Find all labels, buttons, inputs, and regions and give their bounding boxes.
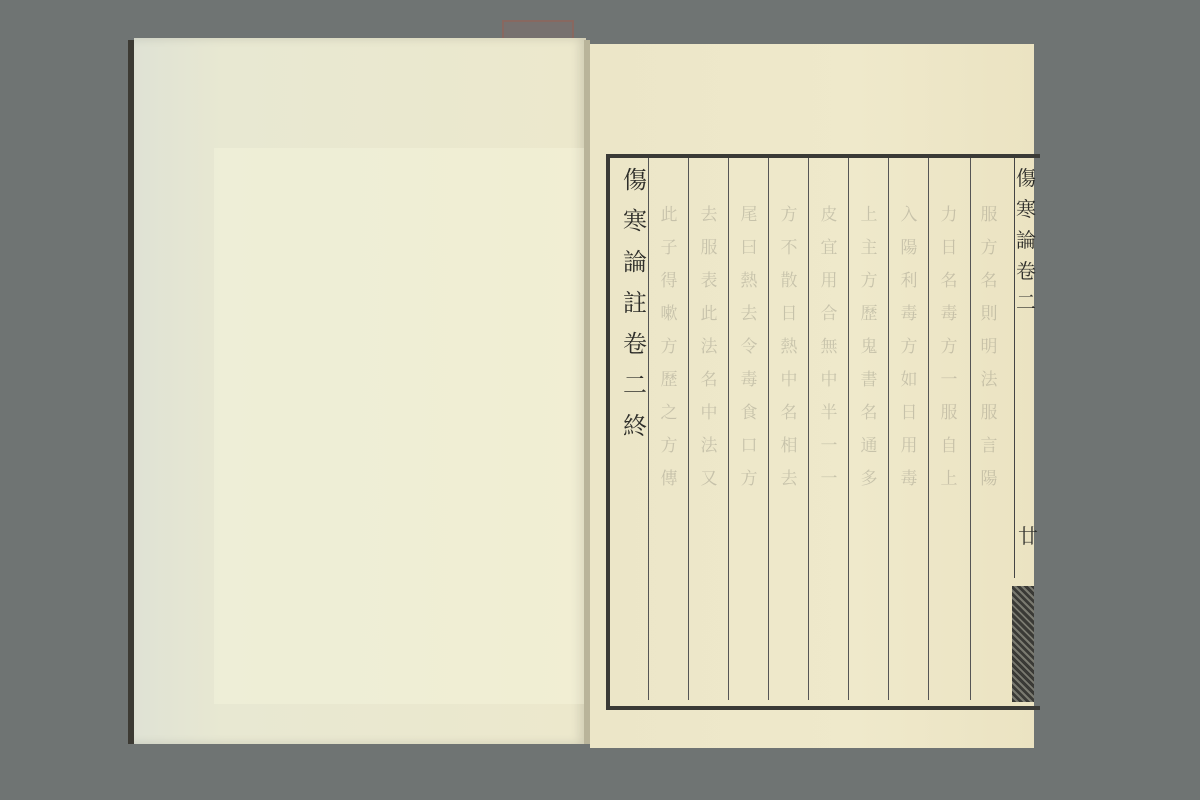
column-rule bbox=[728, 158, 729, 700]
column-rule bbox=[848, 158, 849, 700]
title-char: 註 bbox=[623, 283, 647, 318]
bleed-through-column: 上主方歷鬼書名通多 bbox=[854, 200, 884, 489]
margin-title: 傷 寒 論 卷 二 bbox=[1016, 162, 1036, 315]
bleed-through-column: 尾曰熱去令毒食口方 bbox=[734, 200, 764, 489]
column-rule bbox=[928, 158, 929, 700]
bleed-through-column: 方不散日熱中名相去 bbox=[774, 200, 804, 489]
title-char: 卷 bbox=[623, 324, 647, 359]
column-rule bbox=[688, 158, 689, 700]
title-char: 終 bbox=[623, 406, 647, 441]
bleed-through-column: 力日名毒方一服自上 bbox=[934, 200, 964, 489]
bleed-through-column: 皮宜用合無中半一一 bbox=[814, 200, 844, 489]
title-char: 論 bbox=[623, 242, 647, 277]
column-rule bbox=[808, 158, 809, 700]
bleed-through-column: 此子得嗽方歷之方傳 bbox=[654, 200, 684, 489]
bleed-through-column: 去服表此法名中法又 bbox=[694, 200, 724, 489]
left-page bbox=[134, 38, 586, 744]
bleed-through-column: 入陽利毒方如日用毒 bbox=[894, 200, 924, 489]
column-rule bbox=[970, 158, 971, 700]
page-number: 廿 bbox=[1018, 520, 1038, 549]
title-char: 寒 bbox=[623, 201, 647, 236]
column-rule bbox=[888, 158, 889, 700]
title-char: 傷 bbox=[623, 160, 647, 195]
bleed-through-column: 服方名則明法服言陽 bbox=[974, 200, 1004, 489]
adjacent-page-edge bbox=[1012, 586, 1034, 702]
title-char: 二 bbox=[623, 365, 647, 400]
volume-end-title: 傷 寒 論 註 卷 二 終 bbox=[618, 160, 652, 441]
column-rule bbox=[768, 158, 769, 700]
